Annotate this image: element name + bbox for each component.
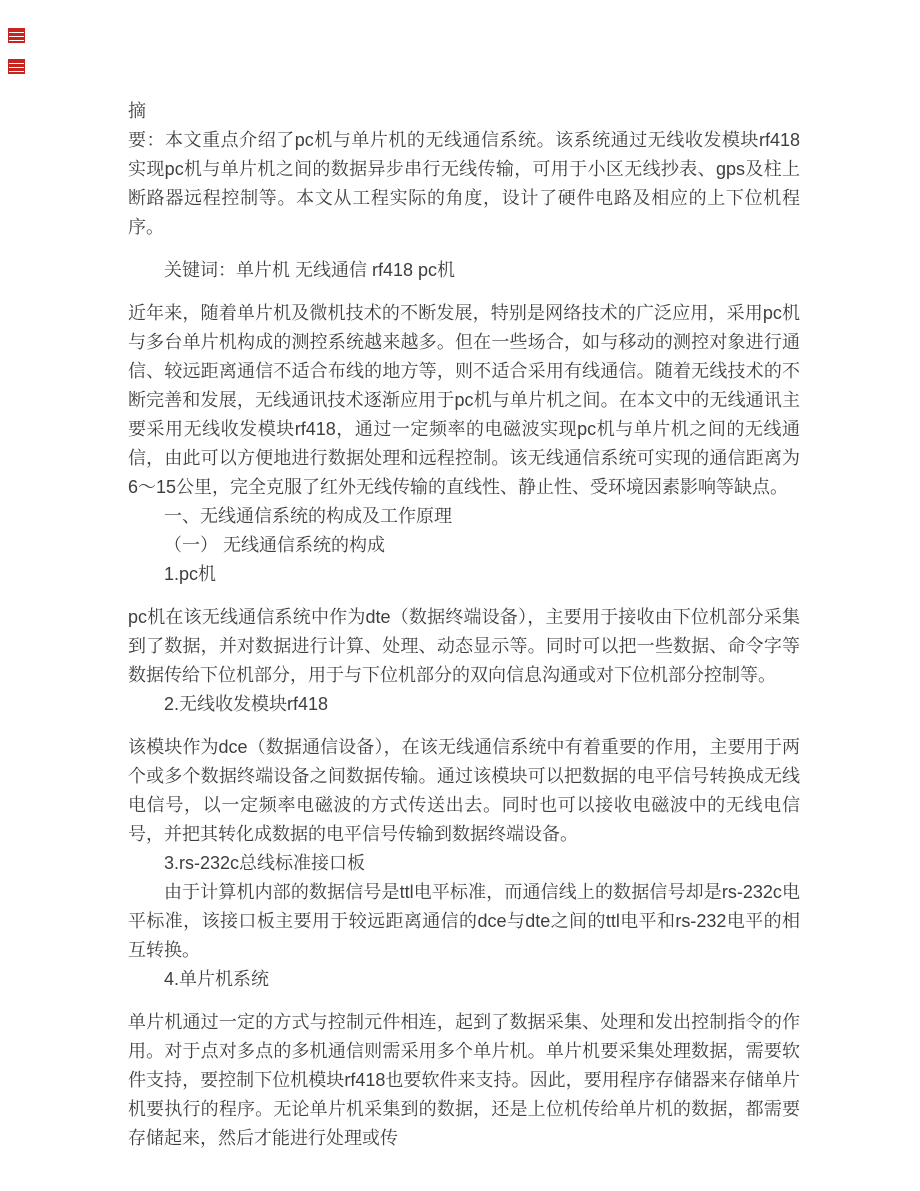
abstract-paragraph: 要：本文重点介绍了pc机与单片机的无线通信系统。该系统通过无线收发模块rf418…: [128, 126, 800, 242]
document-page: 摘 要：本文重点介绍了pc机与单片机的无线通信系统。该系统通过无线收发模块rf4…: [0, 0, 920, 1191]
list-item-4-mcu: 4.单片机系统: [128, 965, 800, 994]
paragraph-rs232c: 由于计算机内部的数据信号是ttl电平标准，而通信线上的数据信号却是rs-232c…: [128, 878, 800, 965]
list-item-2-rf418: 2.无线收发模块rf418: [128, 690, 800, 719]
section-heading-1: 一、无线通信系统的构成及工作原理: [128, 502, 800, 531]
abstract-label: 摘: [128, 97, 800, 126]
paragraph-mcu: 单片机通过一定的方式与控制元件相连，起到了数据采集、处理和发出控制指令的作用。对…: [128, 1008, 800, 1153]
keywords-line: 关键词：单片机 无线通信 rf418 pc机: [128, 256, 800, 285]
red-stamp-mark-icon: [9, 60, 24, 73]
subsection-heading-1-1: （一） 无线通信系统的构成: [128, 531, 800, 560]
intro-paragraph: 近年来，随着单片机及微机技术的不断发展，特别是网络技术的广泛应用，采用pc机与多…: [128, 299, 800, 502]
red-stamp-mark-icon: [9, 29, 24, 42]
document-body: 摘 要：本文重点介绍了pc机与单片机的无线通信系统。该系统通过无线收发模块rf4…: [128, 97, 800, 1153]
list-item-3-rs232c: 3.rs-232c总线标准接口板: [128, 849, 800, 878]
paragraph-pc: pc机在该无线通信系统中作为dte（数据终端设备），主要用于接收由下位机部分采集…: [128, 603, 800, 690]
paragraph-rf418: 该模块作为dce（数据通信设备），在该无线通信系统中有着重要的作用，主要用于两个…: [128, 733, 800, 849]
list-item-1-pc: 1.pc机: [128, 560, 800, 589]
